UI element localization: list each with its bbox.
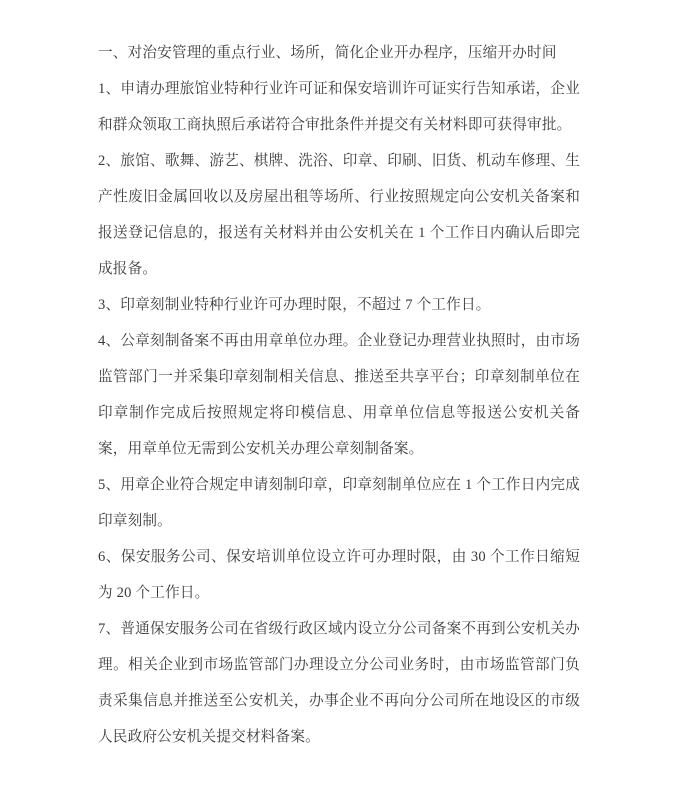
- paragraph-item-5: 5、用章企业符合规定申请刻制印章，印章刻制单位应在 1 个工作日内完成印章刻制。: [98, 467, 580, 539]
- paragraph-item-2: 2、旅馆、歌舞、游艺、棋牌、洗浴、印章、印刷、旧货、机动车修理、生产性废旧金属回…: [98, 143, 580, 287]
- document-heading: 一、对治安管理的重点行业、场所，简化企业开办程序，压缩开办时间: [98, 35, 580, 71]
- document-page: 一、对治安管理的重点行业、场所，简化企业开办程序，压缩开办时间 1、申请办理旅馆…: [0, 0, 679, 785]
- paragraph-item-4: 4、公章刻制备案不再由用章单位办理。企业登记办理营业执照时，由市场监管部门一并采…: [98, 323, 580, 467]
- paragraph-item-7: 7、普通保安服务公司在省级行政区域内设立分公司备案不再到公安机关办理。相关企业到…: [98, 611, 580, 755]
- paragraph-item-1: 1、申请办理旅馆业特种行业许可证和保安培训许可证实行告知承诺，企业和群众领取工商…: [98, 71, 580, 143]
- paragraph-item-3: 3、印章刻制业特种行业许可办理时限，不超过 7 个工作日。: [98, 287, 580, 323]
- paragraph-item-6: 6、保安服务公司、保安培训单位设立许可办理时限，由 30 个工作日缩短为 20 …: [98, 539, 580, 611]
